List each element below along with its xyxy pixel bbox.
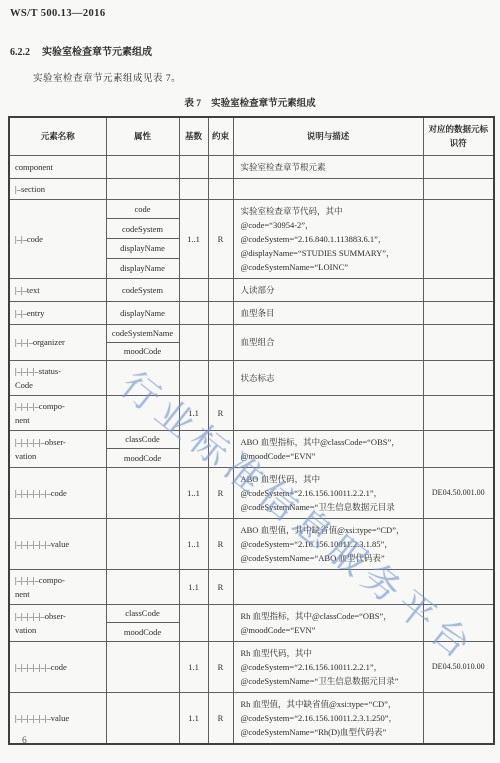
text-line: Rh 血型代码，其中 bbox=[241, 646, 419, 660]
attribute-cell bbox=[106, 395, 179, 430]
element-name-cell: |–|–|–|–|–obser-vation bbox=[9, 430, 106, 467]
attribute-cell bbox=[106, 155, 179, 178]
element-name-cell: |–|–|–|–compo-nent bbox=[9, 569, 106, 604]
constraint-cell: R bbox=[208, 641, 233, 692]
text-line: ABO 血型代码，其中 bbox=[241, 472, 419, 486]
cardinality-cell: 1..1 bbox=[179, 199, 208, 278]
data-element-id-cell: DE04.50.001.00 bbox=[423, 467, 494, 518]
constraint-cell: R bbox=[208, 569, 233, 604]
element-name-cell: |–|–|–|–compo-nent bbox=[9, 395, 106, 430]
section-title: 实验室检查章节元素组成 bbox=[42, 47, 152, 58]
data-element-id-cell bbox=[423, 178, 494, 199]
attribute-cell: moodCode bbox=[106, 342, 179, 360]
text-line: @moodCode=“EVN” bbox=[241, 449, 419, 463]
text-line: @codeSystem=“2.16.156.10011.2.3.1.85”， bbox=[241, 537, 419, 551]
constraint-cell bbox=[208, 324, 233, 360]
text-line: @codeSystemName=“ABO 血型代码表” bbox=[241, 551, 419, 565]
table-row: |–|–|–|–compo-nent1.1R bbox=[9, 569, 494, 604]
data-element-id-cell bbox=[423, 301, 494, 324]
text-line: |–|–|–|–|–obser- bbox=[15, 435, 102, 449]
data-element-id-cell bbox=[423, 278, 494, 301]
text-line: 实验室检查章节代码，其中 bbox=[241, 204, 419, 218]
table-caption-label: 表 7 bbox=[184, 99, 201, 109]
description-cell bbox=[233, 178, 423, 199]
text-line: vation bbox=[15, 449, 102, 463]
attribute-cell bbox=[106, 178, 179, 199]
cardinality-cell bbox=[179, 301, 208, 324]
data-element-id-cell bbox=[423, 395, 494, 430]
element-name-cell: |–|–|–organizer bbox=[9, 324, 106, 360]
text-line: @displayName=“STUDIES SUMMARY”， bbox=[241, 246, 419, 260]
description-cell bbox=[233, 395, 423, 430]
description-cell: 实验室检查章节代码，其中@code=“30954-2”，@codeSystem=… bbox=[233, 199, 423, 278]
text-line: component bbox=[15, 160, 102, 174]
text-line: |–|–|–|–status- bbox=[15, 364, 102, 378]
description-cell: Rh 血型值，其中缺省值@xsi:type=“CD”，@codeSystem=“… bbox=[233, 692, 423, 744]
text-line: nent bbox=[15, 413, 102, 427]
cardinality-cell: 1..1 bbox=[179, 518, 208, 569]
attribute-cell: classCode bbox=[106, 604, 179, 623]
attribute-cell: moodCode bbox=[106, 449, 179, 468]
text-line: 血型条目 bbox=[241, 306, 419, 320]
element-name-cell: |–|–|–|–|–obser-vation bbox=[9, 604, 106, 641]
text-line: @code=“30954-2”， bbox=[241, 218, 419, 232]
attribute-cell bbox=[106, 569, 179, 604]
text-line: |–|–code bbox=[15, 232, 102, 246]
element-name-cell: |–|–code bbox=[9, 199, 106, 278]
description-cell: 实验室检查章节根元素 bbox=[233, 155, 423, 178]
table-row: |–|–|–|–|–|–value1..1RABO 血型值，其中缺省值@xsi:… bbox=[9, 518, 494, 569]
table-caption-title: 实验室检查章节元素组成 bbox=[211, 99, 316, 109]
cardinality-cell bbox=[179, 178, 208, 199]
data-element-id-cell: DE04.50.010.00 bbox=[423, 641, 494, 692]
column-header: 元素名称 bbox=[9, 117, 106, 155]
element-name-cell: |–|–|–|–|–|–code bbox=[9, 467, 106, 518]
text-line: 状态标志 bbox=[241, 371, 419, 385]
text-line: 血型组合 bbox=[241, 335, 419, 349]
text-line: @codeSystem=“2.16.840.1.113883.6.1”， bbox=[241, 232, 419, 246]
attribute-cell: codeSystemName bbox=[106, 324, 179, 342]
column-header: 约束 bbox=[208, 117, 233, 155]
description-cell: ABO 血型指标，其中@classCode=“OBS”，@moodCode=“E… bbox=[233, 430, 423, 467]
cardinality-cell: 1.1 bbox=[179, 692, 208, 744]
column-header: 基数 bbox=[179, 117, 208, 155]
text-line: |–|–entry bbox=[15, 306, 102, 320]
doc-code: WS/T 500.13—2016 bbox=[10, 8, 105, 19]
text-line: 人读部分 bbox=[241, 283, 419, 297]
text-line: |–|–|–|–|–obser- bbox=[15, 609, 102, 623]
elements-table: 元素名称属性基数约束说明与描述对应的数据元标识符 component实验室检查章… bbox=[8, 116, 495, 745]
text-line: Code bbox=[15, 378, 102, 392]
data-element-id-cell bbox=[423, 692, 494, 744]
cardinality-cell: 1.1 bbox=[179, 395, 208, 430]
table-body: component实验室检查章节根元素|–section|–|–codecode… bbox=[9, 155, 494, 744]
description-cell: 血型组合 bbox=[233, 324, 423, 360]
element-name-cell: |–|–|–|–status-Code bbox=[9, 360, 106, 395]
data-element-id-cell bbox=[423, 155, 494, 178]
table-row: component实验室检查章节根元素 bbox=[9, 155, 494, 178]
cardinality-cell: 1.1 bbox=[179, 569, 208, 604]
text-line: nent bbox=[15, 587, 102, 601]
cardinality-cell bbox=[179, 278, 208, 301]
text-line: Rh 血型指标，其中@classCode=“OBS”， bbox=[241, 609, 419, 623]
cardinality-cell bbox=[179, 360, 208, 395]
attribute-cell: codeSystem bbox=[106, 278, 179, 301]
cardinality-cell bbox=[179, 155, 208, 178]
element-name-cell: |–|–|–|–|–|–code bbox=[9, 641, 106, 692]
text-line: |–|–|–|–|–|–code bbox=[15, 486, 102, 500]
text-line: |–|–|–organizer bbox=[15, 335, 102, 349]
attribute-cell: displayName bbox=[106, 301, 179, 324]
description-cell: ABO 血型值，其中缺省值@xsi:type=“CD”，@codeSystem=… bbox=[233, 518, 423, 569]
attribute-cell: displayName bbox=[106, 258, 179, 278]
scanned-standard-page: { "page": { "doc_code": "WS/T 500.13—201… bbox=[0, 0, 500, 763]
text-line: |–section bbox=[15, 182, 102, 196]
data-element-id-cell bbox=[423, 518, 494, 569]
section-number: 6.2.2 bbox=[10, 47, 30, 58]
text-line: ABO 血型指标，其中@classCode=“OBS”， bbox=[241, 435, 419, 449]
constraint-cell bbox=[208, 430, 233, 467]
text-line: |–|–|–|–compo- bbox=[15, 399, 102, 413]
table-row: |–|–|–|–|–|–code1.1RRh 血型代码，其中@codeSyste… bbox=[9, 641, 494, 692]
column-header: 属性 bbox=[106, 117, 179, 155]
cardinality-cell bbox=[179, 604, 208, 641]
constraint-cell bbox=[208, 301, 233, 324]
text-line: @codeSystem=“2.16.156.10011.2.2.1”， bbox=[241, 486, 419, 500]
data-element-id-cell bbox=[423, 604, 494, 641]
text-line: |–|–|–|–|–|–code bbox=[15, 660, 102, 674]
table-row: |–|–|–|–|–|–value1.1RRh 血型值，其中缺省值@xsi:ty… bbox=[9, 692, 494, 744]
constraint-cell bbox=[208, 155, 233, 178]
text-line: |–|–|–|–|–|–value bbox=[15, 711, 102, 725]
text-line: ABO 血型值，其中缺省值@xsi:type=“CD”， bbox=[241, 523, 419, 537]
text-line: @moodCode=“EVN” bbox=[241, 623, 419, 637]
description-cell: 血型条目 bbox=[233, 301, 423, 324]
document-page: WS/T 500.13—2016 6.2.2实验室检查章节元素组成 实验室检查章… bbox=[0, 0, 500, 763]
text-line: @codeSystemName=“卫生信息数据元目录” bbox=[241, 674, 419, 688]
table-caption: 表 7实验室检查章节元素组成 bbox=[0, 95, 500, 109]
intro-paragraph: 实验室检查章节元素组成见表 7。 bbox=[33, 70, 181, 84]
text-line: |–|–|–|–compo- bbox=[15, 573, 102, 587]
table-row: |–|–|–|–status-Code状态标志 bbox=[9, 360, 494, 395]
text-line: @codeSystem=“2.16.156.10011.2.3.1.250”， bbox=[241, 711, 419, 725]
table-row: |–section bbox=[9, 178, 494, 199]
data-element-id-cell bbox=[423, 430, 494, 467]
page-number: 6 bbox=[22, 736, 27, 746]
text-line: |–|–text bbox=[15, 283, 102, 297]
attribute-cell: classCode bbox=[106, 430, 179, 449]
constraint-cell bbox=[208, 604, 233, 641]
constraint-cell: R bbox=[208, 518, 233, 569]
constraint-cell: R bbox=[208, 692, 233, 744]
table-row: |–|–|–|–|–obser-vationclassCodeRh 血型指标，其… bbox=[9, 604, 494, 623]
attribute-cell bbox=[106, 641, 179, 692]
attribute-cell bbox=[106, 692, 179, 744]
description-cell bbox=[233, 569, 423, 604]
text-line: vation bbox=[15, 623, 102, 637]
attribute-cell: displayName bbox=[106, 239, 179, 259]
element-name-cell: component bbox=[9, 155, 106, 178]
element-name-cell: |–section bbox=[9, 178, 106, 199]
header-row: 元素名称属性基数约束说明与描述对应的数据元标识符 bbox=[9, 117, 494, 155]
table-row: |–|–textcodeSystem人读部分 bbox=[9, 278, 494, 301]
column-header: 对应的数据元标识符 bbox=[423, 117, 494, 155]
description-cell: ABO 血型代码，其中@codeSystem=“2.16.156.10011.2… bbox=[233, 467, 423, 518]
data-element-id-cell bbox=[423, 360, 494, 395]
table-row: |–|–|–|–compo-nent1.1R bbox=[9, 395, 494, 430]
attribute-cell bbox=[106, 360, 179, 395]
table-row: |–|–|–|–|–|–code1..1RABO 血型代码，其中@codeSys… bbox=[9, 467, 494, 518]
table-row: |–|–codecode1..1R实验室检查章节代码，其中@code=“3095… bbox=[9, 199, 494, 219]
section-heading: 6.2.2实验室检查章节元素组成 bbox=[10, 43, 152, 58]
text-line: @codeSystemName=“卫生信息数据元目录 bbox=[241, 500, 419, 514]
attribute-cell: code bbox=[106, 199, 179, 219]
data-element-id-cell bbox=[423, 324, 494, 360]
cardinality-cell bbox=[179, 324, 208, 360]
data-element-id-cell bbox=[423, 199, 494, 278]
attribute-cell bbox=[106, 518, 179, 569]
constraint-cell bbox=[208, 278, 233, 301]
text-line: 实验室检查章节根元素 bbox=[241, 160, 419, 174]
text-line: @codeSystemName=“Rh(D)血型代码表” bbox=[241, 725, 419, 739]
text-line: @codeSystem=“2.16.156.10011.2.2.1”， bbox=[241, 660, 419, 674]
text-line: Rh 血型值，其中缺省值@xsi:type=“CD”， bbox=[241, 697, 419, 711]
text-line: @codeSystemName=“LOINC” bbox=[241, 260, 419, 274]
description-cell: Rh 血型指标，其中@classCode=“OBS”，@moodCode=“EV… bbox=[233, 604, 423, 641]
attribute-cell: moodCode bbox=[106, 623, 179, 642]
constraint-cell bbox=[208, 360, 233, 395]
description-cell: Rh 血型代码，其中@codeSystem=“2.16.156.10011.2.… bbox=[233, 641, 423, 692]
constraint-cell: R bbox=[208, 467, 233, 518]
cardinality-cell: 1.1 bbox=[179, 641, 208, 692]
table-header: 元素名称属性基数约束说明与描述对应的数据元标识符 bbox=[9, 117, 494, 155]
description-cell: 人读部分 bbox=[233, 278, 423, 301]
data-element-id-cell bbox=[423, 569, 494, 604]
column-header: 说明与描述 bbox=[233, 117, 423, 155]
table-row: |–|–|–|–|–obser-vationclassCodeABO 血型指标，… bbox=[9, 430, 494, 449]
table-row: |–|–entrydisplayName血型条目 bbox=[9, 301, 494, 324]
element-name-cell: |–|–entry bbox=[9, 301, 106, 324]
constraint-cell: R bbox=[208, 395, 233, 430]
table-row: |–|–|–organizercodeSystemName血型组合 bbox=[9, 324, 494, 342]
cardinality-cell bbox=[179, 430, 208, 467]
description-cell: 状态标志 bbox=[233, 360, 423, 395]
constraint-cell bbox=[208, 178, 233, 199]
constraint-cell: R bbox=[208, 199, 233, 278]
attribute-cell: codeSystem bbox=[106, 219, 179, 239]
element-name-cell: |–|–text bbox=[9, 278, 106, 301]
text-line: |–|–|–|–|–|–value bbox=[15, 537, 102, 551]
attribute-cell bbox=[106, 467, 179, 518]
element-name-cell: |–|–|–|–|–|–value bbox=[9, 518, 106, 569]
cardinality-cell: 1..1 bbox=[179, 467, 208, 518]
